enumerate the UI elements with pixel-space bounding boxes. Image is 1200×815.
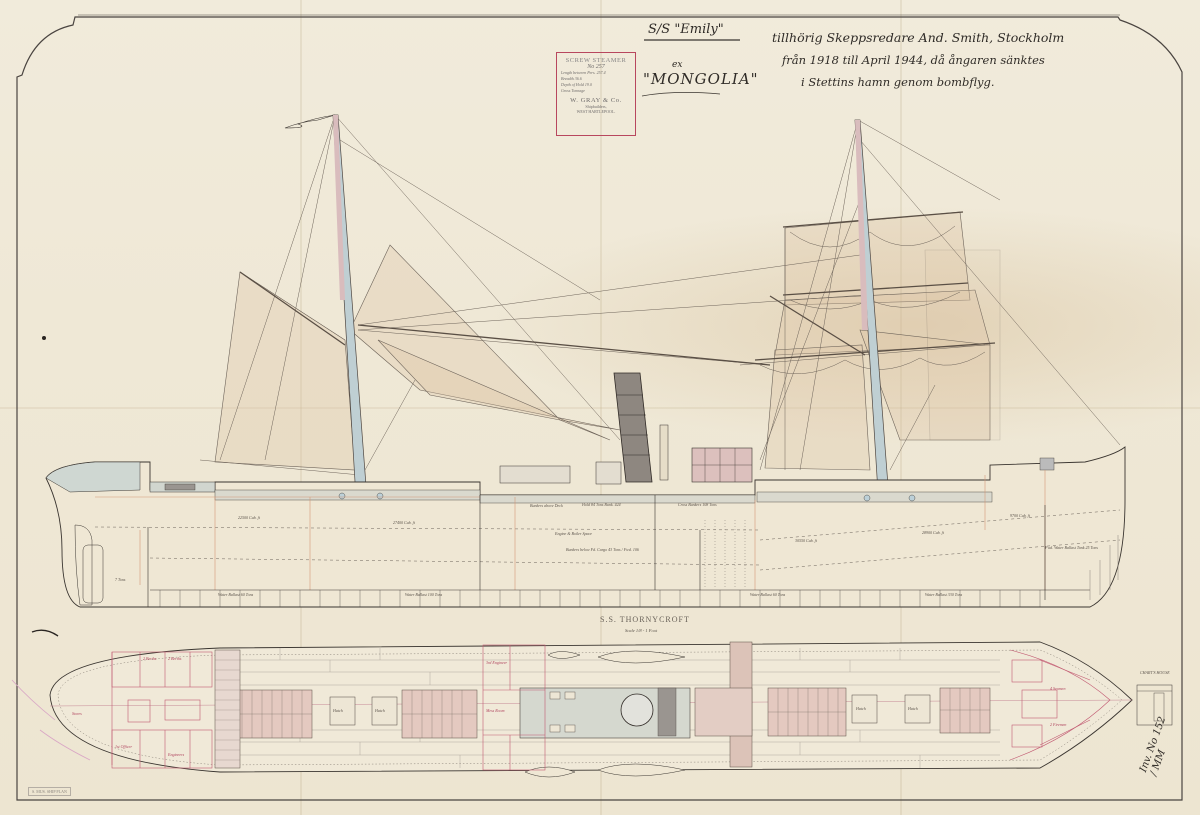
stamp-row: Gross Tonnage: [557, 88, 635, 94]
stamp-heading: SCREW STEAMER: [557, 57, 635, 64]
hull-profile: [46, 447, 1125, 607]
label-fwd-water-ballast: Fwd. Water Ballast Tank 25 Tons: [1045, 545, 1098, 550]
label-ballast-aft: Water Ballast 60 Tons: [218, 592, 253, 597]
ship-plan-sheet: S/S "Emily" ex "MONGOLIA" tillhörig Skep…: [0, 0, 1200, 815]
stamp-builder: W. GRAY & Co.: [557, 97, 635, 104]
room-label: Mess Room: [486, 708, 505, 713]
label-fwd-hold-2: 28900 Cub. ft: [922, 530, 944, 535]
label-aft-peak: 7 Tons: [115, 577, 125, 582]
label-ballast-fwd-a: Water Ballast 60 Tons: [750, 592, 785, 597]
library-stamp: S. MUS. SHIP PLAN: [28, 787, 71, 796]
former-name-prefix: ex: [672, 60, 682, 70]
label-hatch: Hatch: [856, 706, 866, 711]
room-label: 2 Berths: [143, 656, 156, 661]
room-label: 2 Firemen: [1050, 722, 1066, 727]
label-hatch: Hatch: [333, 708, 343, 713]
builder-stamp: SCREW STEAMER No 257 Length between Pers…: [556, 52, 636, 136]
label-engine-space: Engine & Boiler Space: [555, 531, 592, 536]
hatch-fwd: [940, 688, 990, 733]
room-label: 3rd Engineer: [486, 660, 507, 665]
label-fwd-hold-1: 30550 Cub. ft: [795, 538, 817, 543]
plan-title: S.S. THORNYCROFT: [600, 615, 690, 624]
label-aft-hold: 22500 Cub. ft: [238, 515, 260, 520]
ownership-note-line-1: tillhörig Skeppsredare And. Smith, Stock…: [772, 30, 1064, 45]
label-stores: Stores: [72, 711, 82, 716]
label-hatch: Hatch: [908, 706, 918, 711]
pennant-flag: [285, 115, 335, 128]
label-ballast-fwd-b: Water Ballast 330 Tons: [925, 592, 962, 597]
label-hold-2: 27400 Cub. ft: [393, 520, 415, 525]
funnel-plan: [621, 694, 653, 726]
label-bunkers-above: Bunkers above Deck: [530, 503, 563, 508]
room-label: Engineers: [168, 752, 184, 757]
ownership-note-line-2: från 1918 till April 1944, då ångaren sä…: [782, 53, 1045, 67]
plan-scale: Scale 1/8 - 1 Foot: [625, 628, 657, 633]
room-label: 4 Seamen: [1050, 686, 1065, 691]
former-name: "MONGOLIA": [643, 70, 759, 88]
label-cross-bunker: Cross Bunkers 108 Tons: [678, 502, 717, 507]
stamp-builder-place: WEST HARTLEPOOL.: [557, 109, 635, 114]
label-hatch: Hatch: [375, 708, 385, 713]
label-fore-peak: 9700 Cub. ft: [1010, 513, 1030, 518]
room-label: 1st Officer: [115, 744, 132, 749]
label-hold-bunker: Hold 84 Tons Bunk. 424: [582, 502, 621, 507]
ownership-note-line-3: i Stettins hamn genom bombflyg.: [801, 75, 995, 89]
ship-name: S/S "Emily": [648, 22, 724, 37]
label-bunkers-below: Bunkers below Fd. Cargo 43 Tons / Fwd. 1…: [566, 547, 639, 552]
chart-house-label: CHART'S HOUSE: [1140, 670, 1170, 675]
room-label: 2 Berths: [168, 656, 181, 661]
label-ballast-mid: Water Ballast 100 Tons: [405, 592, 442, 597]
